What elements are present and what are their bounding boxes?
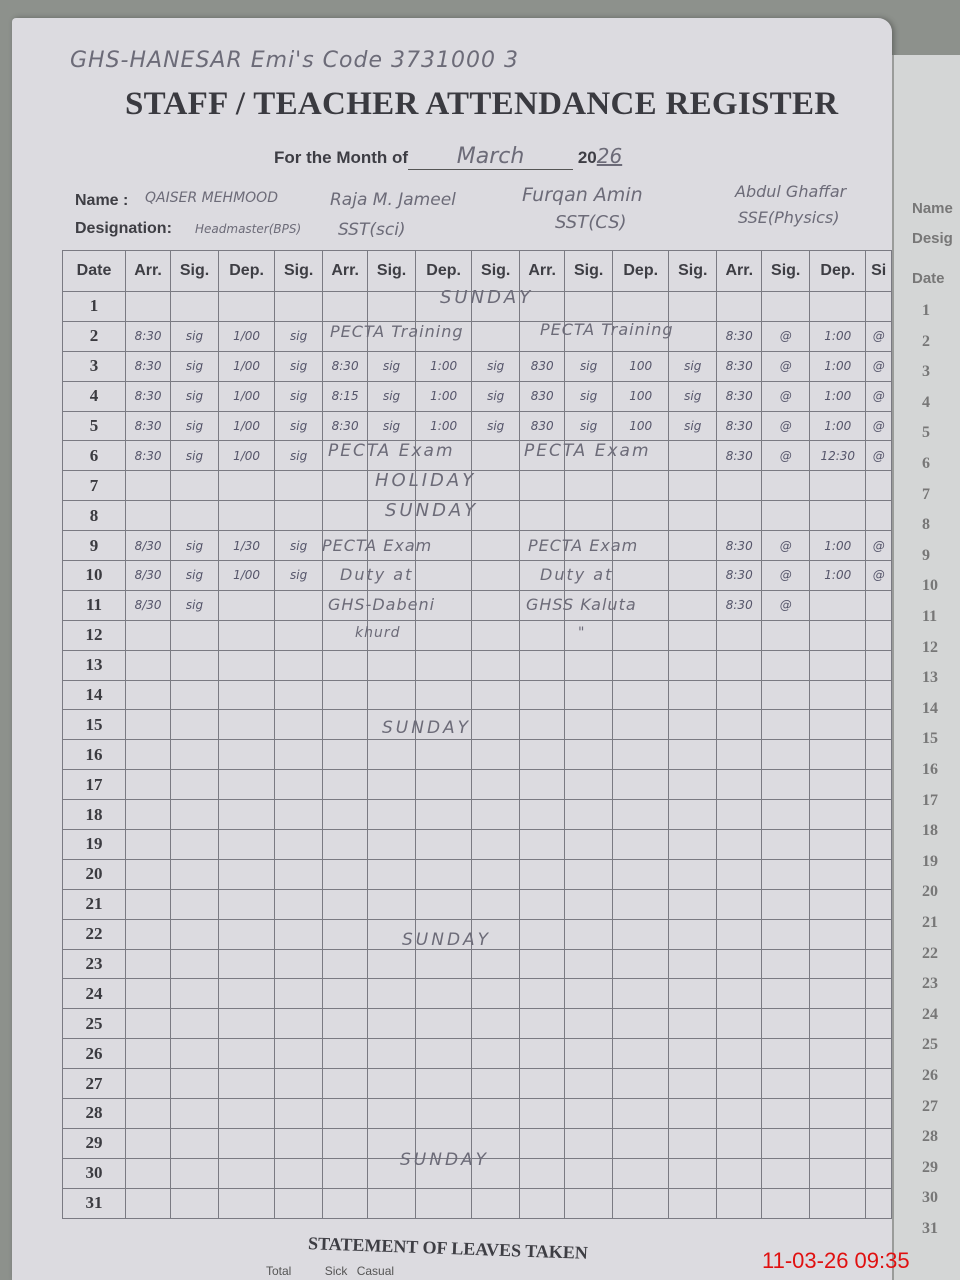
- right-page-date: 28: [922, 1128, 938, 1146]
- date-cell: 6: [63, 441, 126, 471]
- attendance-cell: [866, 830, 892, 860]
- attendance-cell: [762, 1099, 810, 1129]
- note-day11-b: GHSS Kaluta: [526, 595, 637, 614]
- note-day12-a: khurd: [355, 625, 401, 641]
- attendance-cell: sig: [565, 411, 613, 441]
- right-page-date: 30: [922, 1189, 938, 1207]
- attendance-cell: [323, 1128, 368, 1158]
- attendance-cell: [762, 471, 810, 501]
- attendance-cell: 8:30: [717, 321, 762, 351]
- attendance-cell: [717, 710, 762, 740]
- attendance-cell: sig: [275, 531, 323, 561]
- attendance-cell: [126, 650, 171, 680]
- date-cell: 3: [63, 351, 126, 381]
- attendance-cell: [323, 1158, 368, 1188]
- attendance-cell: [520, 830, 565, 860]
- attendance-cell: [126, 889, 171, 919]
- date-cell: 7: [63, 471, 126, 501]
- note-day29: SUNDAY: [400, 1150, 489, 1170]
- attendance-cell: [520, 1099, 565, 1129]
- attendance-cell: [565, 471, 613, 501]
- attendance-cell: [416, 949, 472, 979]
- attendance-cell: [669, 830, 717, 860]
- attendance-cell: 1/00: [218, 321, 274, 351]
- attendance-cell: 1:00: [810, 531, 866, 561]
- attendance-cell: sig: [171, 381, 219, 411]
- attendance-cell: [762, 830, 810, 860]
- right-page-date: 14: [922, 700, 938, 718]
- register-title: STAFF / TEACHER ATTENDANCE REGISTER: [125, 86, 838, 123]
- attendance-cell: [520, 620, 565, 650]
- attendance-cell: [472, 1039, 520, 1069]
- attendance-cell: sig: [171, 590, 219, 620]
- attendance-cell: [472, 680, 520, 710]
- attendance-cell: [669, 680, 717, 710]
- right-page-date: 16: [922, 761, 938, 779]
- attendance-cell: [866, 1099, 892, 1129]
- table-row: 23: [63, 949, 892, 979]
- attendance-cell: 8:30: [717, 441, 762, 471]
- attendance-cell: [866, 919, 892, 949]
- attendance-cell: [520, 471, 565, 501]
- attendance-cell: [472, 949, 520, 979]
- attendance-cell: 8:30: [717, 590, 762, 620]
- attendance-cell: [717, 949, 762, 979]
- attendance-cell: [866, 292, 892, 322]
- attendance-cell: [810, 1009, 866, 1039]
- attendance-cell: [368, 859, 416, 889]
- col-sig: Sig.: [669, 251, 717, 292]
- attendance-cell: [126, 620, 171, 650]
- date-cell: 11: [63, 590, 126, 620]
- attendance-cell: [810, 919, 866, 949]
- col-sig: Sig.: [368, 251, 416, 292]
- attendance-cell: 8:30: [323, 351, 368, 381]
- attendance-cell: @: [866, 561, 892, 591]
- date-cell: 17: [63, 770, 126, 800]
- attendance-cell: sig: [669, 381, 717, 411]
- attendance-cell: [810, 1099, 866, 1129]
- attendance-cell: 1:00: [810, 561, 866, 591]
- date-cell: 31: [63, 1188, 126, 1218]
- attendance-cell: @: [866, 351, 892, 381]
- note-day15: SUNDAY: [382, 718, 471, 738]
- staff-1-designation: Headmaster(BPS): [195, 222, 301, 236]
- table-row: 68:30sig1/00sig8:30@12:30@: [63, 441, 892, 471]
- attendance-cell: [275, 590, 323, 620]
- attendance-cell: [126, 1188, 171, 1218]
- attendance-cell: 1/00: [218, 351, 274, 381]
- attendance-cell: [565, 1188, 613, 1218]
- attendance-cell: [218, 1128, 274, 1158]
- attendance-cell: [368, 740, 416, 770]
- attendance-cell: [613, 1158, 669, 1188]
- staff-2-designation: SST(sci): [338, 220, 406, 240]
- attendance-cell: [613, 949, 669, 979]
- attendance-cell: [717, 859, 762, 889]
- attendance-cell: [810, 979, 866, 1009]
- note-day7: HOLIDAY: [375, 470, 476, 491]
- attendance-cell: [866, 650, 892, 680]
- attendance-cell: [717, 889, 762, 919]
- attendance-cell: [565, 650, 613, 680]
- date-cell: 20: [63, 859, 126, 889]
- table-row: 48:30sig1/00sig8:15sig1:00sig830sig100si…: [63, 381, 892, 411]
- table-row: 98/30sig1/30sig8:30@1:00@: [63, 531, 892, 561]
- attendance-cell: [717, 770, 762, 800]
- attendance-cell: [866, 979, 892, 1009]
- attendance-cell: [669, 590, 717, 620]
- attendance-cell: [368, 949, 416, 979]
- attendance-cell: [323, 859, 368, 889]
- attendance-cell: [669, 889, 717, 919]
- attendance-cell: [275, 1158, 323, 1188]
- attendance-cell: 8/30: [126, 561, 171, 591]
- date-cell: 13: [63, 650, 126, 680]
- table-row: 58:30sig1/00sig8:30sig1:00sig830sig100si…: [63, 411, 892, 441]
- date-cell: 14: [63, 680, 126, 710]
- attendance-cell: [717, 471, 762, 501]
- attendance-cell: [275, 859, 323, 889]
- staff-4-designation: SSE(Physics): [738, 208, 840, 227]
- attendance-cell: [669, 1099, 717, 1129]
- table-row: 13: [63, 650, 892, 680]
- attendance-cell: [218, 800, 274, 830]
- attendance-cell: [275, 471, 323, 501]
- attendance-cell: 8:30: [717, 381, 762, 411]
- col-arr: Arr.: [520, 251, 565, 292]
- attendance-cell: [866, 620, 892, 650]
- attendance-cell: [717, 501, 762, 531]
- attendance-cell: sig: [472, 411, 520, 441]
- attendance-cell: [126, 1039, 171, 1069]
- attendance-cell: [218, 1039, 274, 1069]
- attendance-cell: [472, 830, 520, 860]
- attendance-cell: [669, 710, 717, 740]
- attendance-cell: 100: [613, 381, 669, 411]
- attendance-cell: [762, 1039, 810, 1069]
- attendance-cell: [368, 800, 416, 830]
- attendance-cell: [810, 1158, 866, 1188]
- attendance-cell: [520, 800, 565, 830]
- attendance-cell: sig: [275, 381, 323, 411]
- attendance-cell: [323, 740, 368, 770]
- attendance-cell: [762, 1158, 810, 1188]
- attendance-cell: @: [762, 321, 810, 351]
- note-day6-exam-b: PECTA Exam: [524, 441, 651, 461]
- attendance-cell: [126, 710, 171, 740]
- attendance-cell: [171, 1039, 219, 1069]
- col-dep: Dep.: [218, 251, 274, 292]
- attendance-cell: [126, 680, 171, 710]
- attendance-cell: [717, 650, 762, 680]
- date-cell: 1: [63, 292, 126, 322]
- attendance-cell: [416, 800, 472, 830]
- attendance-cell: [218, 1188, 274, 1218]
- attendance-cell: [810, 1128, 866, 1158]
- attendance-cell: sig: [669, 351, 717, 381]
- attendance-cell: [275, 292, 323, 322]
- attendance-cell: [368, 770, 416, 800]
- col-dep: Dep.: [810, 251, 866, 292]
- attendance-cell: [669, 501, 717, 531]
- attendance-cell: [218, 949, 274, 979]
- attendance-cell: [613, 979, 669, 1009]
- attendance-cell: [810, 501, 866, 531]
- note-day2-training-a: PECTA Training: [330, 322, 464, 341]
- staff-4-name: Abdul Ghaffar: [735, 182, 846, 201]
- attendance-cell: [472, 710, 520, 740]
- col-arr: Arr.: [126, 251, 171, 292]
- attendance-cell: [717, 919, 762, 949]
- attendance-cell: [416, 561, 472, 591]
- attendance-cell: 100: [613, 351, 669, 381]
- table-row: 24: [63, 979, 892, 1009]
- attendance-cell: [275, 830, 323, 860]
- attendance-cell: [171, 680, 219, 710]
- date-cell: 5: [63, 411, 126, 441]
- attendance-cell: [126, 919, 171, 949]
- attendance-cell: [416, 1069, 472, 1099]
- date-cell: 18: [63, 800, 126, 830]
- attendance-cell: sig: [171, 441, 219, 471]
- attendance-cell: [323, 1009, 368, 1039]
- attendance-cell: [323, 949, 368, 979]
- attendance-cell: [171, 501, 219, 531]
- right-page-date: 2: [922, 333, 930, 351]
- attendance-cell: [866, 1188, 892, 1218]
- leaves-casual: Casual: [357, 1264, 394, 1278]
- attendance-cell: [472, 561, 520, 591]
- attendance-cell: [323, 830, 368, 860]
- note-day22: SUNDAY: [402, 930, 491, 950]
- attendance-cell: [126, 949, 171, 979]
- attendance-cell: [866, 501, 892, 531]
- right-page-date: 12: [922, 639, 938, 657]
- attendance-cell: sig: [472, 351, 520, 381]
- note-day12-b: ": [578, 625, 587, 641]
- attendance-cell: [520, 1069, 565, 1099]
- attendance-cell: [323, 979, 368, 1009]
- attendance-cell: [171, 1069, 219, 1099]
- attendance-cell: [323, 710, 368, 740]
- attendance-cell: [472, 590, 520, 620]
- attendance-cell: [810, 620, 866, 650]
- attendance-cell: [472, 501, 520, 531]
- attendance-cell: [472, 1009, 520, 1039]
- attendance-cell: [323, 800, 368, 830]
- attendance-cell: [613, 1128, 669, 1158]
- staff-1-name: QAISER MEHMOOD: [145, 190, 278, 206]
- attendance-cell: @: [762, 411, 810, 441]
- attendance-cell: [416, 889, 472, 919]
- attendance-cell: [669, 471, 717, 501]
- attendance-cell: [171, 949, 219, 979]
- attendance-cell: [717, 830, 762, 860]
- attendance-cell: [218, 710, 274, 740]
- attendance-cell: [416, 979, 472, 1009]
- date-cell: 4: [63, 381, 126, 411]
- leaves-columns: Total Sick Casual: [266, 1264, 394, 1278]
- attendance-cell: [717, 620, 762, 650]
- date-cell: 25: [63, 1009, 126, 1039]
- attendance-cell: [669, 949, 717, 979]
- attendance-cell: [669, 1188, 717, 1218]
- attendance-cell: [218, 889, 274, 919]
- right-page-date: 31: [922, 1220, 938, 1238]
- right-page-date: 10: [922, 577, 938, 595]
- attendance-cell: [669, 979, 717, 1009]
- col-date: Date: [63, 251, 126, 292]
- attendance-cell: [126, 830, 171, 860]
- right-page-date-label: Date: [912, 270, 945, 287]
- attendance-cell: [762, 650, 810, 680]
- attendance-cell: [565, 889, 613, 919]
- attendance-cell: [762, 501, 810, 531]
- attendance-cell: [866, 800, 892, 830]
- attendance-cell: [472, 979, 520, 1009]
- attendance-cell: 1/00: [218, 411, 274, 441]
- attendance-cell: [613, 501, 669, 531]
- attendance-cell: [275, 949, 323, 979]
- attendance-cell: [762, 1009, 810, 1039]
- attendance-cell: [171, 800, 219, 830]
- attendance-cell: [717, 1009, 762, 1039]
- date-cell: 28: [63, 1099, 126, 1129]
- attendance-cell: [520, 1009, 565, 1039]
- header-row: Date Arr. Sig. Dep. Sig. Arr. Sig. Dep. …: [63, 251, 892, 292]
- date-cell: 27: [63, 1069, 126, 1099]
- table-row: 17: [63, 770, 892, 800]
- attendance-cell: [126, 770, 171, 800]
- attendance-cell: [520, 501, 565, 531]
- attendance-cell: [416, 680, 472, 710]
- attendance-cell: [520, 919, 565, 949]
- col-arr: Arr.: [323, 251, 368, 292]
- date-cell: 29: [63, 1128, 126, 1158]
- attendance-cell: [323, 680, 368, 710]
- attendance-cell: sig: [472, 381, 520, 411]
- attendance-cell: [472, 471, 520, 501]
- attendance-cell: 8:30: [126, 321, 171, 351]
- attendance-cell: [218, 620, 274, 650]
- attendance-cell: [613, 859, 669, 889]
- col-sig: Sig.: [275, 251, 323, 292]
- attendance-cell: [762, 740, 810, 770]
- attendance-cell: [520, 710, 565, 740]
- col-dep: Dep.: [416, 251, 472, 292]
- attendance-cell: 8:30: [126, 381, 171, 411]
- date-cell: 16: [63, 740, 126, 770]
- attendance-cell: [565, 680, 613, 710]
- attendance-cell: [368, 292, 416, 322]
- attendance-cell: [565, 770, 613, 800]
- attendance-cell: [171, 1128, 219, 1158]
- attendance-cell: 1/00: [218, 441, 274, 471]
- attendance-cell: [866, 1009, 892, 1039]
- attendance-cell: [275, 680, 323, 710]
- right-page-date: 5: [922, 424, 930, 442]
- attendance-cell: [472, 1188, 520, 1218]
- attendance-cell: 8/30: [126, 531, 171, 561]
- attendance-cell: [520, 1128, 565, 1158]
- right-page-date: 29: [922, 1159, 938, 1177]
- attendance-cell: [762, 889, 810, 919]
- attendance-cell: [762, 770, 810, 800]
- col-sig: Si: [866, 251, 892, 292]
- attendance-cell: [126, 1158, 171, 1188]
- attendance-cell: [669, 321, 717, 351]
- table-row: 19: [63, 830, 892, 860]
- table-row: 26: [63, 1039, 892, 1069]
- attendance-cell: sig: [275, 321, 323, 351]
- attendance-cell: @: [762, 590, 810, 620]
- note-day11-a: GHS-Dabeni: [328, 595, 435, 614]
- attendance-cell: [565, 1158, 613, 1188]
- attendance-cell: @: [866, 441, 892, 471]
- attendance-cell: [669, 1039, 717, 1069]
- table-row: 108/30sig1/00sig8:30@1:00@: [63, 561, 892, 591]
- right-page-date: 22: [922, 945, 938, 963]
- attendance-cell: [613, 889, 669, 919]
- attendance-cell: 8:30: [126, 351, 171, 381]
- attendance-cell: [613, 620, 669, 650]
- date-cell: 30: [63, 1158, 126, 1188]
- attendance-cell: [866, 859, 892, 889]
- attendance-cell: [613, 710, 669, 740]
- attendance-cell: [218, 680, 274, 710]
- attendance-cell: [368, 650, 416, 680]
- right-page-date: 20: [922, 883, 938, 901]
- attendance-cell: [810, 1188, 866, 1218]
- attendance-cell: sig: [171, 351, 219, 381]
- attendance-cell: 8:30: [126, 411, 171, 441]
- date-cell: 19: [63, 830, 126, 860]
- date-cell: 26: [63, 1039, 126, 1069]
- right-page-date: 9: [922, 547, 930, 565]
- attendance-cell: [416, 620, 472, 650]
- table-row: 18: [63, 800, 892, 830]
- attendance-cell: [520, 1158, 565, 1188]
- attendance-cell: [171, 1099, 219, 1129]
- attendance-cell: [565, 501, 613, 531]
- right-page-date: 23: [922, 975, 938, 993]
- attendance-cell: [171, 919, 219, 949]
- attendance-cell: 1/00: [218, 561, 274, 591]
- attendance-cell: 1:00: [416, 381, 472, 411]
- attendance-cell: [171, 770, 219, 800]
- attendance-cell: [762, 919, 810, 949]
- attendance-cell: [613, 1039, 669, 1069]
- attendance-cell: 8:30: [717, 561, 762, 591]
- attendance-cell: [323, 889, 368, 919]
- attendance-cell: [565, 292, 613, 322]
- table-row: 7: [63, 471, 892, 501]
- staff-2-name: Raja M. Jameel: [330, 190, 456, 210]
- attendance-cell: [669, 561, 717, 591]
- attendance-cell: [218, 1009, 274, 1039]
- right-page-date: 26: [922, 1067, 938, 1085]
- attendance-cell: [717, 292, 762, 322]
- attendance-cell: [810, 770, 866, 800]
- month-value: March: [408, 144, 573, 170]
- note-day10-b: Duty at: [540, 565, 613, 584]
- attendance-cell: [416, 1009, 472, 1039]
- attendance-cell: [717, 740, 762, 770]
- attendance-cell: [520, 1039, 565, 1069]
- date-cell: 12: [63, 620, 126, 650]
- attendance-cell: [565, 1128, 613, 1158]
